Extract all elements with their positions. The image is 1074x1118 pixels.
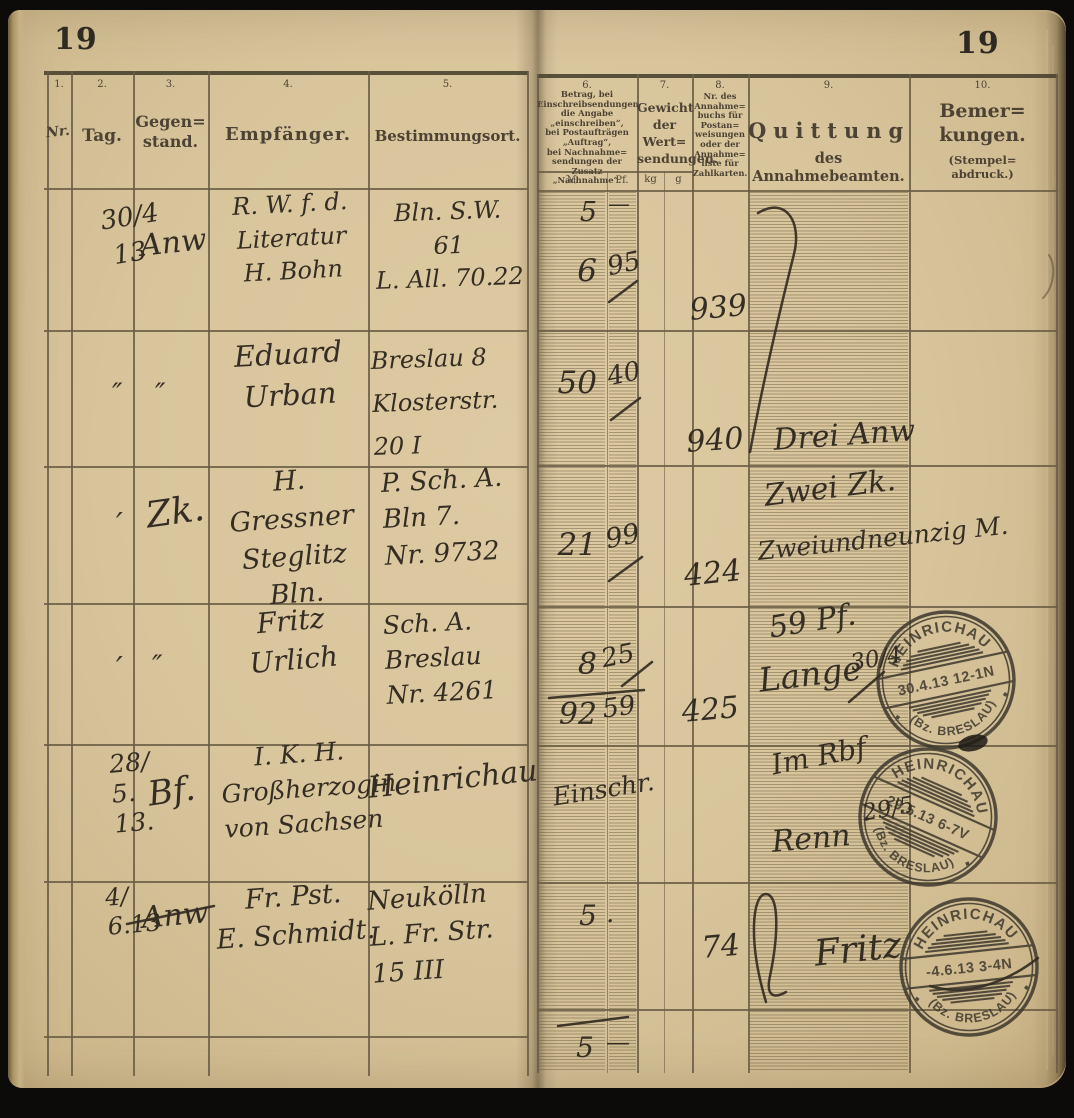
stamp-date-text: 30.4.13 12-1N [897,663,997,699]
entry-recipient: Eduard Urban [212,330,366,419]
column-number-2: 2. [71,79,133,90]
entry-acceptance-number: 424 [682,550,743,598]
grid-line [664,171,665,1073]
grid-line [637,74,639,1073]
grid-line [44,1036,528,1038]
page-stack-edge-left [8,10,25,1088]
unit-label-pfennig: Pf. [608,175,636,186]
entry-amount-mark: 5 [545,194,597,232]
entry-amount-mark: 8 [545,644,597,686]
entry-date-ditto: ″ [112,374,122,413]
page-number-right: 19 [956,26,1000,61]
grid-line [537,465,1058,467]
column-number-9: 9. [748,80,909,91]
entry-amount-mark: 21 [545,524,597,567]
column-sum-pfennig: — [606,1026,630,1060]
ledger-book-scan: 19 19 1. 2. 3. 4. 5. Nr. Tag. Gegen= sta… [0,0,1074,1118]
unit-label-mark: ℳ [545,173,597,186]
clerk-signature: Renn [770,815,852,864]
stamp-date-text: -4.6.13 3-4N [925,956,1013,981]
entry-acceptance-number: 940 [685,418,745,464]
page-edge-line [1052,45,1054,1055]
column-header-tag: Tag. [71,126,133,147]
entry-destination: Breslau 8 Klosterstr. 20 I [370,334,532,469]
entry-destination: Neukölln L. Fr. Str. 15 III [366,873,531,993]
entry-sum-mark: 92 [545,694,597,736]
column-header-empfaenger: Empfänger. [208,124,368,147]
column-header-bemerkungen-note: (Stempel= abdruck.) [909,153,1056,182]
grid-line [1056,74,1058,1073]
grid-line [44,330,528,332]
entry-amount-mark: 5 [545,896,597,935]
clerk-signature: Fritz [812,921,904,980]
column-number-10: 10. [909,80,1056,91]
page-number-left: 19 [54,22,98,57]
entry-date-ditto: ′ [116,648,123,690]
column-header-annahmebuch-nr: Nr. des Annahme= buchs für Postan= weisu… [692,92,748,178]
column-number-1: 1. [47,79,71,90]
entry-item-type: Bf. [145,765,198,819]
entry-recipient: R. W. f. d. Literatur H. Bohn [214,184,369,292]
column-header-quittung-subtitle: des Annahmebeamten. [748,150,909,186]
entry-item-ditto: ″ [152,646,162,685]
column-number-5: 5. [368,79,527,90]
grid-line [71,71,73,1076]
column-header-quittung-title: Quittung [748,118,909,144]
column-sum-mark: 5 [550,1028,594,1067]
entry-item-type: Anw [138,219,209,268]
entry-amount-mark: 6 [545,250,597,293]
entry-item-type: Anw [140,892,210,940]
column-number-7: 7. [637,80,692,91]
grid-line [537,330,1058,332]
entry-amount-pfennig: . [606,896,614,932]
grid-line [537,74,539,1073]
entry-acceptance-number: 425 [680,687,741,734]
entry-sum-pfennig: 59 [600,687,638,728]
column-header-gewicht: Gewicht der Wert= sendungen. [637,100,692,168]
entry-acceptance-number: 74 [700,925,742,970]
grid-line [44,71,528,75]
page-edge-line [1046,30,1048,1070]
entry-date-ditto: ′ [116,504,123,546]
entry-recipient: H. Gressner Steglitz Bln. [212,457,374,618]
entry-item-type: Zk. [143,484,208,542]
ruled-strip-pfennig-column [609,192,636,1071]
grid-line [537,74,1058,78]
grid-line [748,74,750,1073]
entry-destination: Bln. S.W. 61 L. All. 70.22 [372,193,525,299]
entry-destination: Sch. A. Breslau Nr. 4261 [382,600,531,712]
grid-line [47,71,49,1076]
entry-item-ditto: ″ [155,374,165,413]
entry-acceptance-number: 939 [688,285,749,332]
grid-line [607,171,608,1073]
entry-recipient: Fritz Urlich [214,595,370,686]
entry-recipient: Fr. Pst. E. Schmidt. [212,873,377,960]
column-header-bestimmungsort: Bestimmungsort. [368,127,527,146]
unit-label-g: g [666,174,691,185]
entry-destination: P. Sch. A. Bln 7. Nr. 9732 [380,458,532,575]
ruled-strip-mark-column [539,192,605,1071]
entry-recipient: I. K. H. Großherzogin von Sachsen [218,731,385,847]
postmark-heinrichau-4-6-13: HEINRICHAU (Bz. BRESLAU) -4.6.13 3-4N [887,885,1052,1050]
column-header-gegenstand: Gegen= stand. [133,112,208,152]
unit-label-kg: kg [638,174,663,185]
entry-amount-pfennig: — [608,190,630,221]
entry-amount-mark: 50 [545,362,597,405]
column-header-betrag: Betrag, bei Einschreibsendungen die Anga… [537,90,637,186]
column-number-8: 8. [692,80,748,91]
column-number-3: 3. [133,79,208,90]
column-number-4: 4. [208,79,368,90]
column-header-bemerkungen: Bemer= kungen. [909,100,1056,148]
